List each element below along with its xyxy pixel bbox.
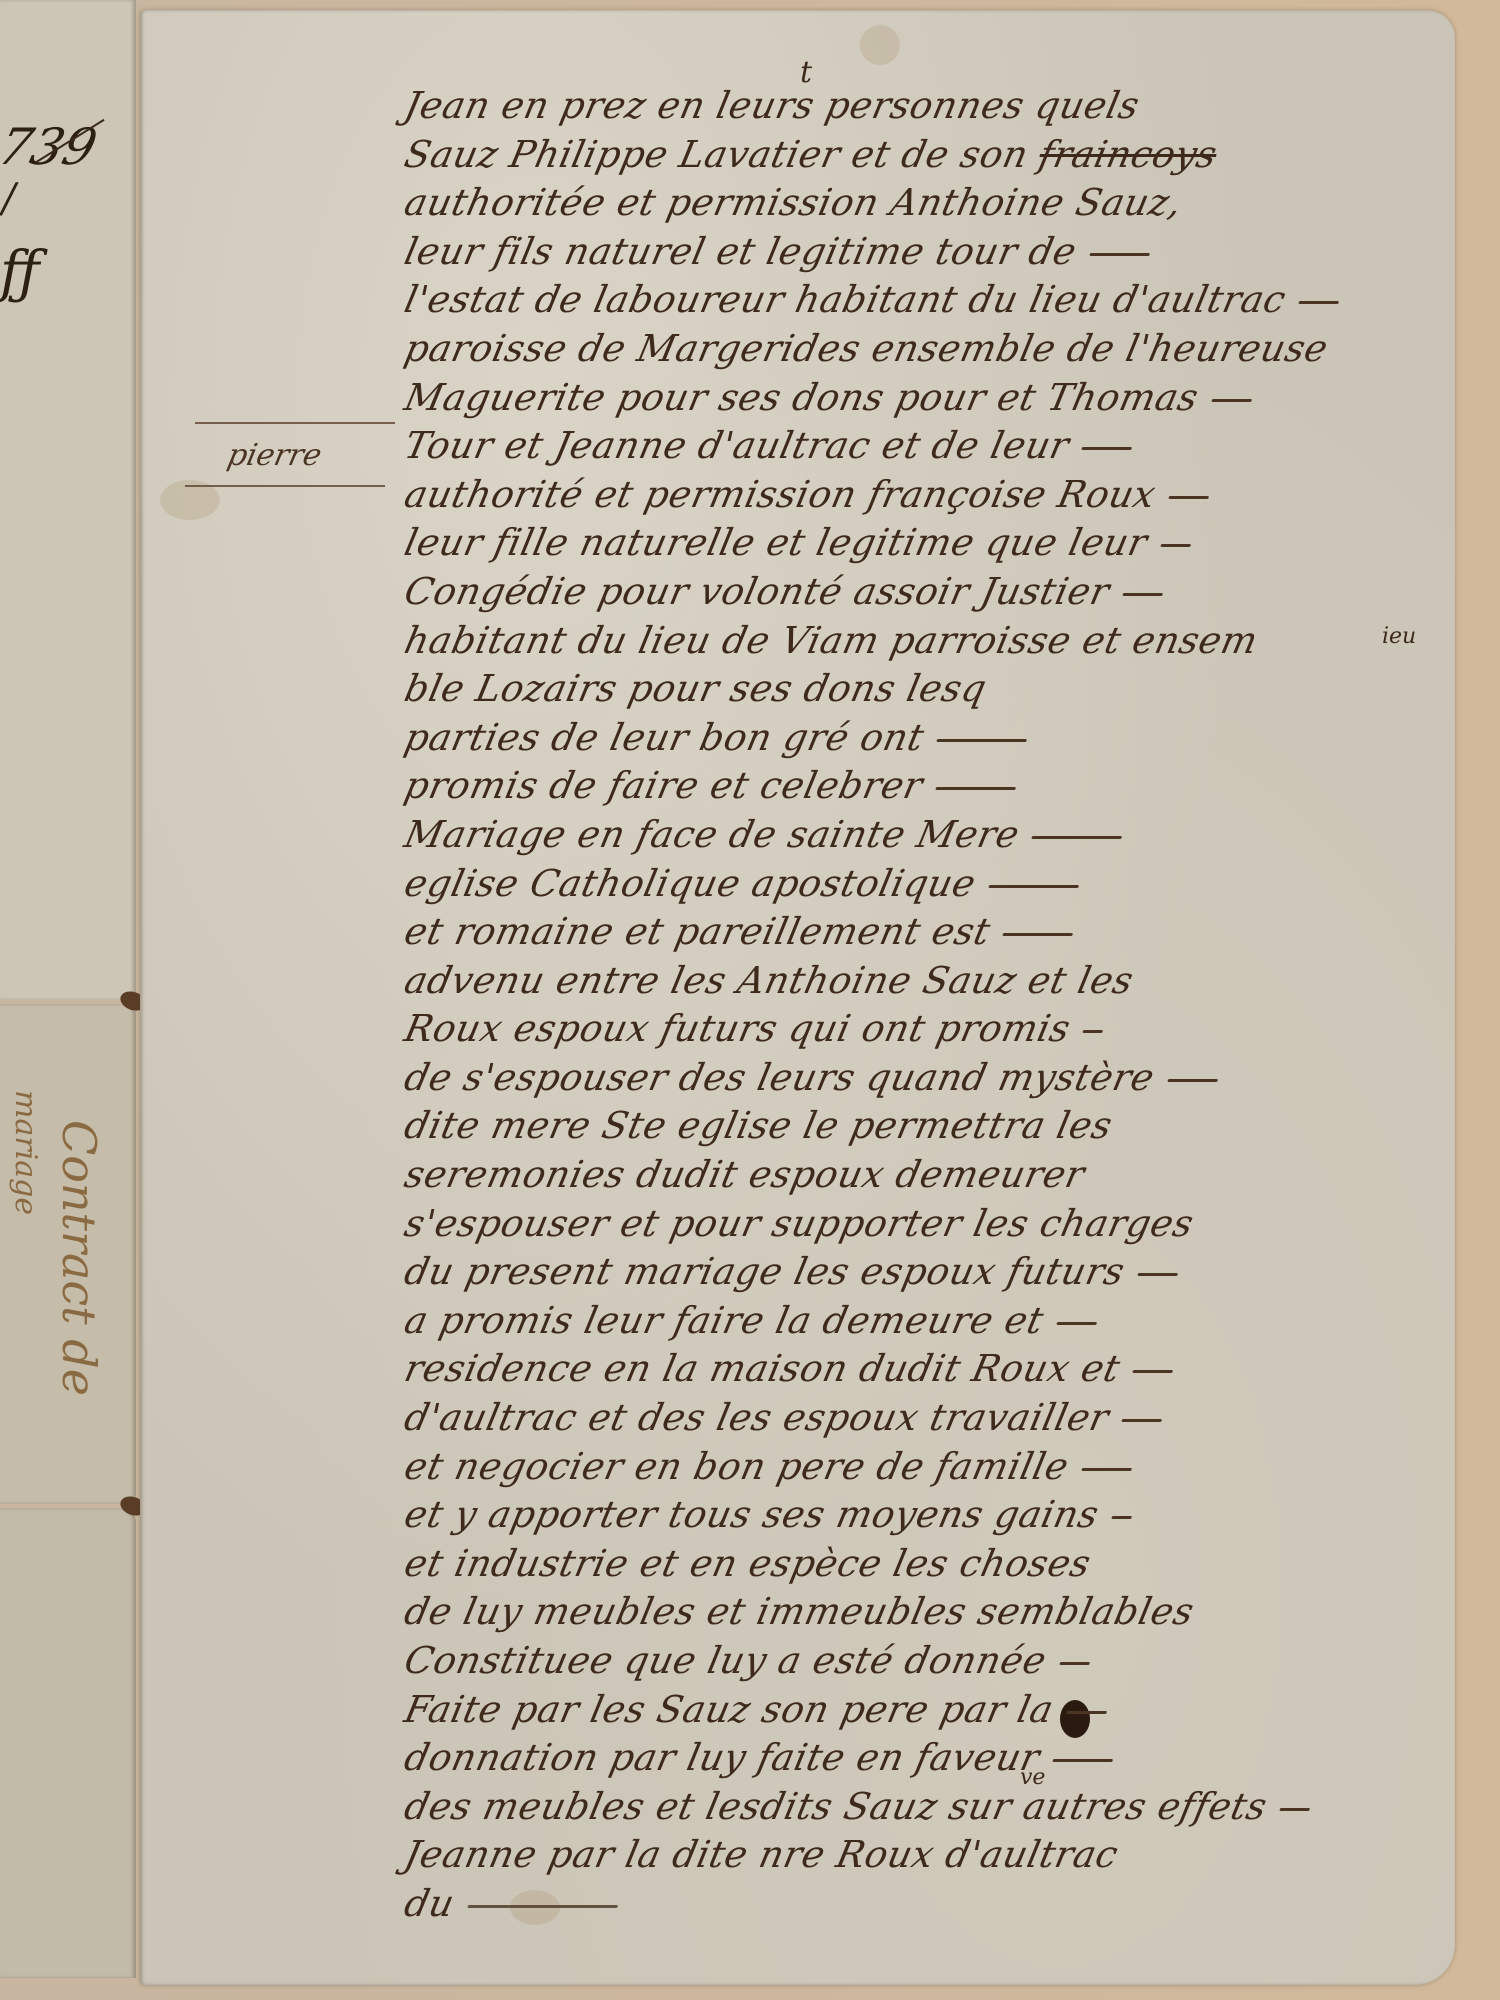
- margin-rule: [185, 485, 385, 487]
- folio-mark: /: [2, 176, 15, 222]
- text-line: l'estat de laboureur habitant du lieu d'…: [400, 276, 1460, 325]
- text-line: seremonies dudit espoux demeurer: [400, 1151, 1460, 1200]
- text-line: du present mariage les espoux futurs: [400, 1248, 1460, 1297]
- text-line: eglise Catholique apostolique: [400, 860, 1460, 909]
- text-line: Constituee que luy a esté donnée: [400, 1637, 1460, 1686]
- text-line: residence en la maison dudit Roux et: [400, 1345, 1460, 1394]
- text-line: Sauz Philippe Lavatier et de son frainco…: [400, 131, 1460, 180]
- fold-strip-top: 739 / ƒƒ: [0, 0, 136, 1000]
- text-line: et negocier en bon pere de famille: [400, 1443, 1460, 1492]
- text-line: advenu entre les Anthoine Sauz et les: [400, 957, 1460, 1006]
- margin-note: pierre: [224, 438, 324, 473]
- text-line: donnation par luy faite en faveur: [400, 1734, 1460, 1783]
- text-line: des meubles et lesdits Sauz sur autres e…: [400, 1783, 1460, 1832]
- text-line: s'espouser et pour supporter les charges: [400, 1200, 1460, 1249]
- folio-number: 739: [0, 118, 103, 176]
- fold-strip-bottom: [0, 1508, 136, 1978]
- margin-rule: [195, 422, 395, 424]
- text-line: et romaine et pareillement est: [400, 908, 1460, 957]
- text-line: paroisse de Margerides ensemble de l'heu…: [400, 325, 1460, 374]
- text-line: de s'espouser des leurs quand mystère: [400, 1054, 1460, 1103]
- manuscript-body: Jean en prez en leurs personnes quels Sa…: [400, 82, 1450, 1929]
- text-line: Maguerite pour ses dons pour et Thomas: [400, 374, 1460, 423]
- text-line: leur fils naturel et legitime tour de: [400, 228, 1460, 277]
- text-line: Faite par les Sauz son pere par la: [400, 1686, 1460, 1735]
- text-line: authorité et permission françoise Roux: [400, 471, 1460, 520]
- text-line: Jean en prez en leurs personnes quels: [400, 82, 1460, 131]
- text-line: dite mere Ste eglise le permettra les: [400, 1102, 1460, 1151]
- scan-stage: 739 / ƒƒ Contract de mariage t ieu ve pi…: [0, 0, 1500, 2000]
- text-line: d'aultrac et des les espoux travailler: [400, 1394, 1460, 1443]
- text-line: Jeanne par la dite nre Roux d'aultrac: [400, 1831, 1460, 1880]
- text-line: et industrie et en espèce les choses: [400, 1540, 1460, 1589]
- text-line: du: [400, 1880, 1460, 1929]
- endorsement-subtitle: mariage: [8, 1090, 43, 1215]
- text-line: et y apporter tous ses moyens gains: [400, 1491, 1460, 1540]
- text-line: ble Lozairs pour ses dons lesq: [400, 665, 1460, 714]
- text-line: promis de faire et celebrer: [400, 762, 1460, 811]
- text-line: habitant du lieu de Viam parroisse et en…: [400, 617, 1460, 666]
- text-line: Tour et Jeanne d'aultrac et de leur: [400, 422, 1460, 471]
- endorsement-title: Contract de: [52, 1120, 106, 1396]
- text-line: leur fille naturelle et legitime que leu…: [400, 519, 1460, 568]
- text-line: Roux espoux futurs qui ont promis: [400, 1005, 1460, 1054]
- folio-mark: ƒƒ: [0, 240, 40, 305]
- paper-stain: [860, 25, 900, 65]
- text-line: parties de leur bon gré ont: [400, 714, 1460, 763]
- text-line: authoritée et permission Anthoine Sauz,: [400, 179, 1460, 228]
- text-line: Mariage en face de sainte Mere: [400, 811, 1460, 860]
- text-line: de luy meubles et immeubles semblables: [400, 1588, 1460, 1637]
- text-line: a promis leur faire la demeure et: [400, 1297, 1460, 1346]
- text-line: Congédie pour volonté assoir Justier: [400, 568, 1460, 617]
